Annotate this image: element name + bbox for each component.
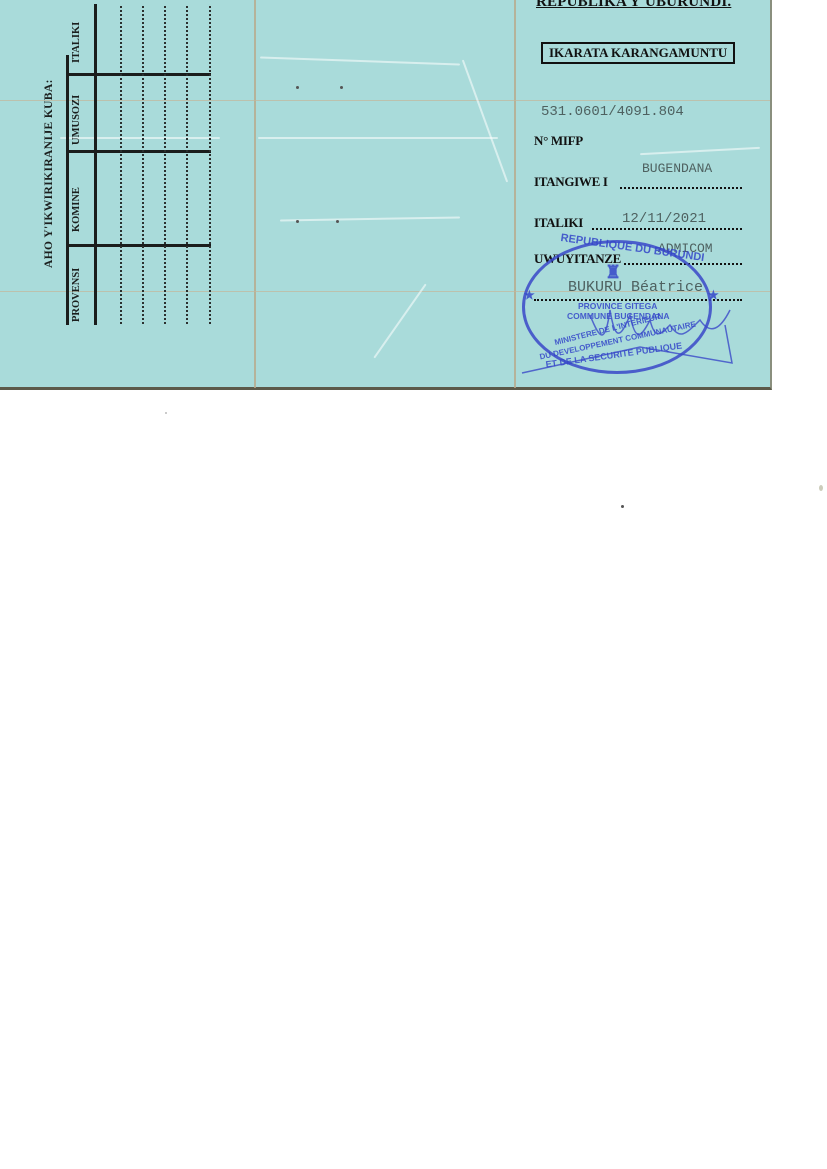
speck — [296, 86, 299, 89]
left-panel: AHO Y'IKWIRIKIRANIJE KUBA: PROVENSI KOMI… — [0, 0, 254, 388]
entry-line-1 — [120, 6, 122, 324]
column-header-komine: KOMINE — [71, 187, 82, 232]
entry-line-5 — [209, 6, 211, 324]
middle-panel — [256, 0, 514, 388]
entry-line-3 — [164, 6, 166, 324]
table-row-divider — [66, 244, 211, 247]
speck — [296, 220, 299, 223]
column-header-umusozi: UMUSOZI — [71, 95, 82, 145]
table-header-divider — [94, 4, 97, 325]
scan-speck — [621, 505, 624, 508]
table-row-divider — [66, 150, 211, 153]
issued-at-value: BUGENDANA — [642, 161, 712, 176]
id-number: 531.0601/4091.804 — [541, 104, 684, 120]
entry-line-2 — [142, 6, 144, 324]
id-card-scan: AHO Y'IKWIRIKIRANIJE KUBA: PROVENSI KOMI… — [0, 0, 772, 390]
issued-at-line — [620, 187, 742, 189]
table-row-divider — [66, 73, 211, 76]
issue-date-value: 12/11/2021 — [622, 211, 706, 227]
label-mifp: N° MIFP — [534, 133, 583, 149]
scan-speck — [165, 412, 167, 414]
coat-of-arms-icon: ♜ — [605, 262, 621, 283]
speck — [340, 86, 343, 89]
issue-date-line — [592, 228, 742, 230]
label-itangiwe: ITANGIWE I — [534, 174, 608, 190]
signature — [520, 285, 745, 385]
fold-line-right — [514, 0, 516, 388]
column-header-italiki: ITALIKI — [71, 22, 82, 63]
label-italiki: ITALIKI — [534, 215, 583, 231]
card-title-box: IKARATA KARANGAMUNTU — [541, 42, 735, 64]
country-header: REPUBLIKA Y'UBURUNDI. — [536, 0, 731, 11]
table-border-left — [66, 55, 69, 325]
entry-line-4 — [186, 6, 188, 324]
column-header-provensi: PROVENSI — [71, 268, 82, 322]
scan-speck — [819, 485, 823, 491]
residence-history-title: AHO Y'IKWIRIKIRANIJE KUBA: — [43, 79, 55, 268]
crease — [640, 147, 760, 155]
speck — [336, 220, 339, 223]
